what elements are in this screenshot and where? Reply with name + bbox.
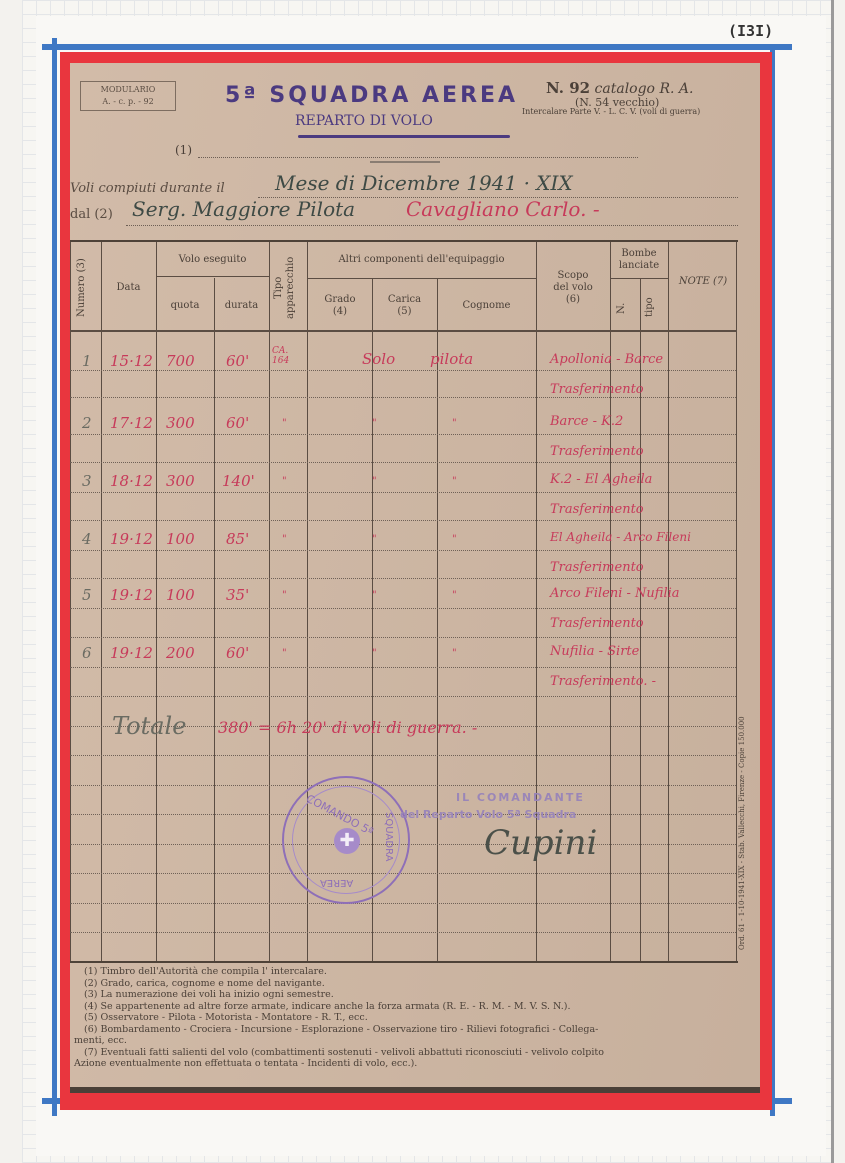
period-label: Voli compiuti durante il: [70, 181, 225, 196]
row2-tipo: ": [282, 418, 287, 429]
col-line: [70, 242, 71, 961]
modulario-line2: A. - c. p. - 92: [81, 96, 175, 108]
header-quota: quota: [156, 300, 214, 312]
catalog-n: N. 92: [546, 79, 590, 97]
rule-line: [70, 520, 736, 521]
footnote: (1) Timbro dell'Autorità che compila l' …: [84, 966, 754, 978]
footnote: (7) Eventuali fatti salienti del volo (c…: [84, 1047, 754, 1059]
rule-line: [70, 608, 736, 609]
row1-carica: pilota: [430, 350, 473, 368]
row6-grado: ": [372, 648, 377, 659]
blue-frame-left: [52, 38, 57, 1116]
header-bombe-n: N.: [616, 298, 634, 318]
unit-title: 5ª SQUADRA AEREA: [225, 83, 518, 108]
footnote: (6) Bombardamento - Crociera - Incursion…: [84, 1024, 754, 1036]
header-numero: Numero (3): [76, 256, 96, 320]
modulario-box: MODULARIO A. - c. p. - 92: [80, 81, 176, 111]
header-carica: Carica (5): [382, 294, 427, 318]
blue-frame-top: [42, 44, 792, 50]
page-number: (I3I): [728, 22, 773, 40]
col-line: [668, 242, 669, 961]
rule-line: [70, 903, 736, 904]
header-grado: Grado (4): [320, 294, 360, 318]
row4-carica: ": [452, 534, 457, 545]
row3-durata: 140': [222, 472, 255, 490]
row2-carica: ": [452, 418, 457, 429]
header-note: NOTE (7): [678, 276, 728, 288]
header-scopo: Scopo del volo (6): [552, 270, 594, 306]
row3-tipo: ": [282, 476, 287, 487]
row1-scopo-2: Trasferimento: [550, 382, 644, 397]
footnote: (4) Se appartenente ad altre forze armat…: [84, 1001, 754, 1013]
col-line: [269, 242, 270, 961]
rule-line: [70, 578, 736, 579]
row5-data: 19·12: [110, 586, 153, 604]
row5-tipo: ": [282, 590, 287, 601]
total-value: 380' = 6h 20' di voli di guerra. -: [218, 718, 477, 737]
rule-line: [70, 873, 736, 874]
row4-numero: 4: [82, 530, 92, 548]
commander-title: IL COMANDANTE: [456, 791, 585, 804]
col-line: [610, 242, 611, 961]
row3-grado: ": [372, 476, 377, 487]
rule-line: [70, 667, 736, 668]
pilot-rank: Serg. Maggiore Pilota: [132, 197, 355, 221]
commander-subtitle: del Reparto Volo 5ª Squadra: [400, 808, 576, 821]
row4-scopo-2: Trasferimento: [550, 560, 644, 575]
rule-line: [70, 462, 736, 463]
row3-numero: 3: [82, 472, 92, 490]
authority-line-label: (1): [175, 143, 192, 157]
footnote: (3) La numerazione dei voli ha inizio og…: [84, 989, 754, 1001]
header-split: [307, 278, 536, 279]
authority-line: [198, 157, 638, 158]
row5-grado: ": [372, 590, 377, 601]
row1-numero: 1: [82, 352, 92, 370]
row2-durata: 60': [226, 414, 249, 432]
rule-line: [70, 492, 736, 493]
col-line: [736, 242, 737, 961]
row3-scopo-2: Trasferimento: [550, 502, 644, 517]
header-split: [610, 278, 668, 279]
row6-numero: 6: [82, 644, 92, 662]
rule-line: [70, 370, 736, 371]
rule-line: [70, 755, 736, 756]
col-line: [214, 278, 215, 961]
header-bombe-tipo: tipo: [644, 292, 662, 322]
header-durata: durata: [214, 300, 269, 312]
row4-durata: 85': [226, 530, 249, 548]
row5-scopo-2: Trasferimento: [550, 616, 644, 631]
row6-tipo: ": [282, 648, 287, 659]
rule-line: [70, 785, 736, 786]
stamp-underline: [298, 135, 510, 138]
printer-note: Ord. 61 - 1-10-1941-XIX - Stab. Vallecch…: [738, 703, 758, 963]
pilot-label: dal (2): [70, 207, 113, 222]
header-cognome: Cognome: [437, 300, 536, 312]
footnote: Azione eventualmente non effettuata o te…: [74, 1058, 754, 1070]
row2-quota: 300: [166, 414, 195, 432]
total-label: Totale: [112, 712, 186, 740]
row5-durata: 35': [226, 586, 249, 604]
row2-data: 17·12: [110, 414, 153, 432]
row4-grado: ": [372, 534, 377, 545]
row2-grado: ": [372, 418, 377, 429]
row3-quota: 300: [166, 472, 195, 490]
savoy-cross-icon: ✚: [334, 828, 360, 854]
header-tipo-apparecchio: Tipo apparecchio: [273, 250, 303, 326]
row3-scopo-1: K.2 - El Agheila: [550, 472, 652, 487]
modulario-line1: MODULARIO: [81, 84, 175, 96]
rule-line: [70, 932, 736, 933]
unit-subtitle: REPARTO DI VOLO: [295, 113, 433, 129]
footnote: (2) Grado, carica, cognome e nome del na…: [84, 978, 754, 990]
catalog-number: N. 92 catalogo R. A.: [546, 79, 693, 97]
stamp-text-bottom: AEREA: [320, 877, 353, 888]
pilot-name: Cavagliano Carlo. -: [406, 197, 600, 221]
row5-quota: 100: [166, 586, 195, 604]
row1-tipo: CA. 164: [272, 346, 304, 366]
row1-scopo-1: Apollonia - Barce: [550, 352, 663, 367]
row2-numero: 2: [82, 414, 92, 432]
header-bombe: Bombe lanciate: [610, 248, 668, 272]
row4-quota: 100: [166, 530, 195, 548]
row6-durata: 60': [226, 644, 249, 662]
row1-quota: 700: [166, 352, 195, 370]
row1-data: 15·12: [110, 352, 153, 370]
rule-line: [70, 637, 736, 638]
header-bottom: [70, 330, 736, 332]
command-stamp: COMANDO 5ª SQUADRA AEREA ✚: [282, 776, 410, 904]
header-split: [156, 276, 269, 277]
row6-carica: ": [452, 648, 457, 659]
row4-data: 19·12: [110, 530, 153, 548]
row5-scopo-1: Arco Fileni - Nufilia: [550, 586, 680, 601]
header-volo-eseguito: Volo eseguito: [156, 254, 269, 266]
row5-carica: ": [452, 590, 457, 601]
row4-scopo-1: El Agheila - Arco Fileni: [550, 530, 691, 544]
intercalare-label: Intercalare Parte V. - L. C. V. (voli di…: [522, 107, 700, 116]
row3-carica: ": [452, 476, 457, 487]
header-data: Data: [101, 282, 156, 294]
col-line: [437, 278, 438, 961]
footnotes: (1) Timbro dell'Autorità che compila l' …: [84, 966, 754, 1070]
row6-scopo-1: Nufilia - Sirte: [550, 644, 639, 659]
col-line: [156, 242, 157, 961]
row2-scopo-1: Barce - K.2: [550, 414, 623, 429]
rule-line: [70, 696, 736, 697]
row1-grado: Solo: [362, 350, 395, 368]
row1-durata: 60': [226, 352, 249, 370]
col-line: [101, 242, 102, 961]
footnote: (5) Osservatore - Pilota - Motorista - M…: [84, 1012, 754, 1024]
row6-data: 19·12: [110, 644, 153, 662]
row6-quota: 200: [166, 644, 195, 662]
row5-numero: 5: [82, 586, 92, 604]
row3-data: 18·12: [110, 472, 153, 490]
rule-line: [70, 397, 736, 398]
row4-tipo: ": [282, 534, 287, 545]
row6-scopo-2: Trasferimento. -: [550, 674, 656, 689]
rule-line: [70, 434, 736, 435]
footnote: menti, ecc.: [74, 1035, 754, 1047]
header-altri-componenti: Altri componenti dell'equipaggio: [307, 254, 536, 266]
catalog-label: catalogo R. A.: [595, 81, 694, 97]
pilot-line: [126, 225, 738, 226]
rule-line: [70, 550, 736, 551]
row2-scopo-2: Trasferimento: [550, 444, 644, 459]
flight-log-card: MODULARIO A. - c. p. - 92 5ª SQUADRA AER…: [70, 63, 760, 1093]
commander-signature: Cupini: [484, 823, 597, 863]
period-value: Mese di Dicembre 1941 · XIX: [275, 171, 573, 195]
short-rule: [370, 161, 440, 163]
stamp-text-side: SQUADRA: [383, 812, 394, 861]
